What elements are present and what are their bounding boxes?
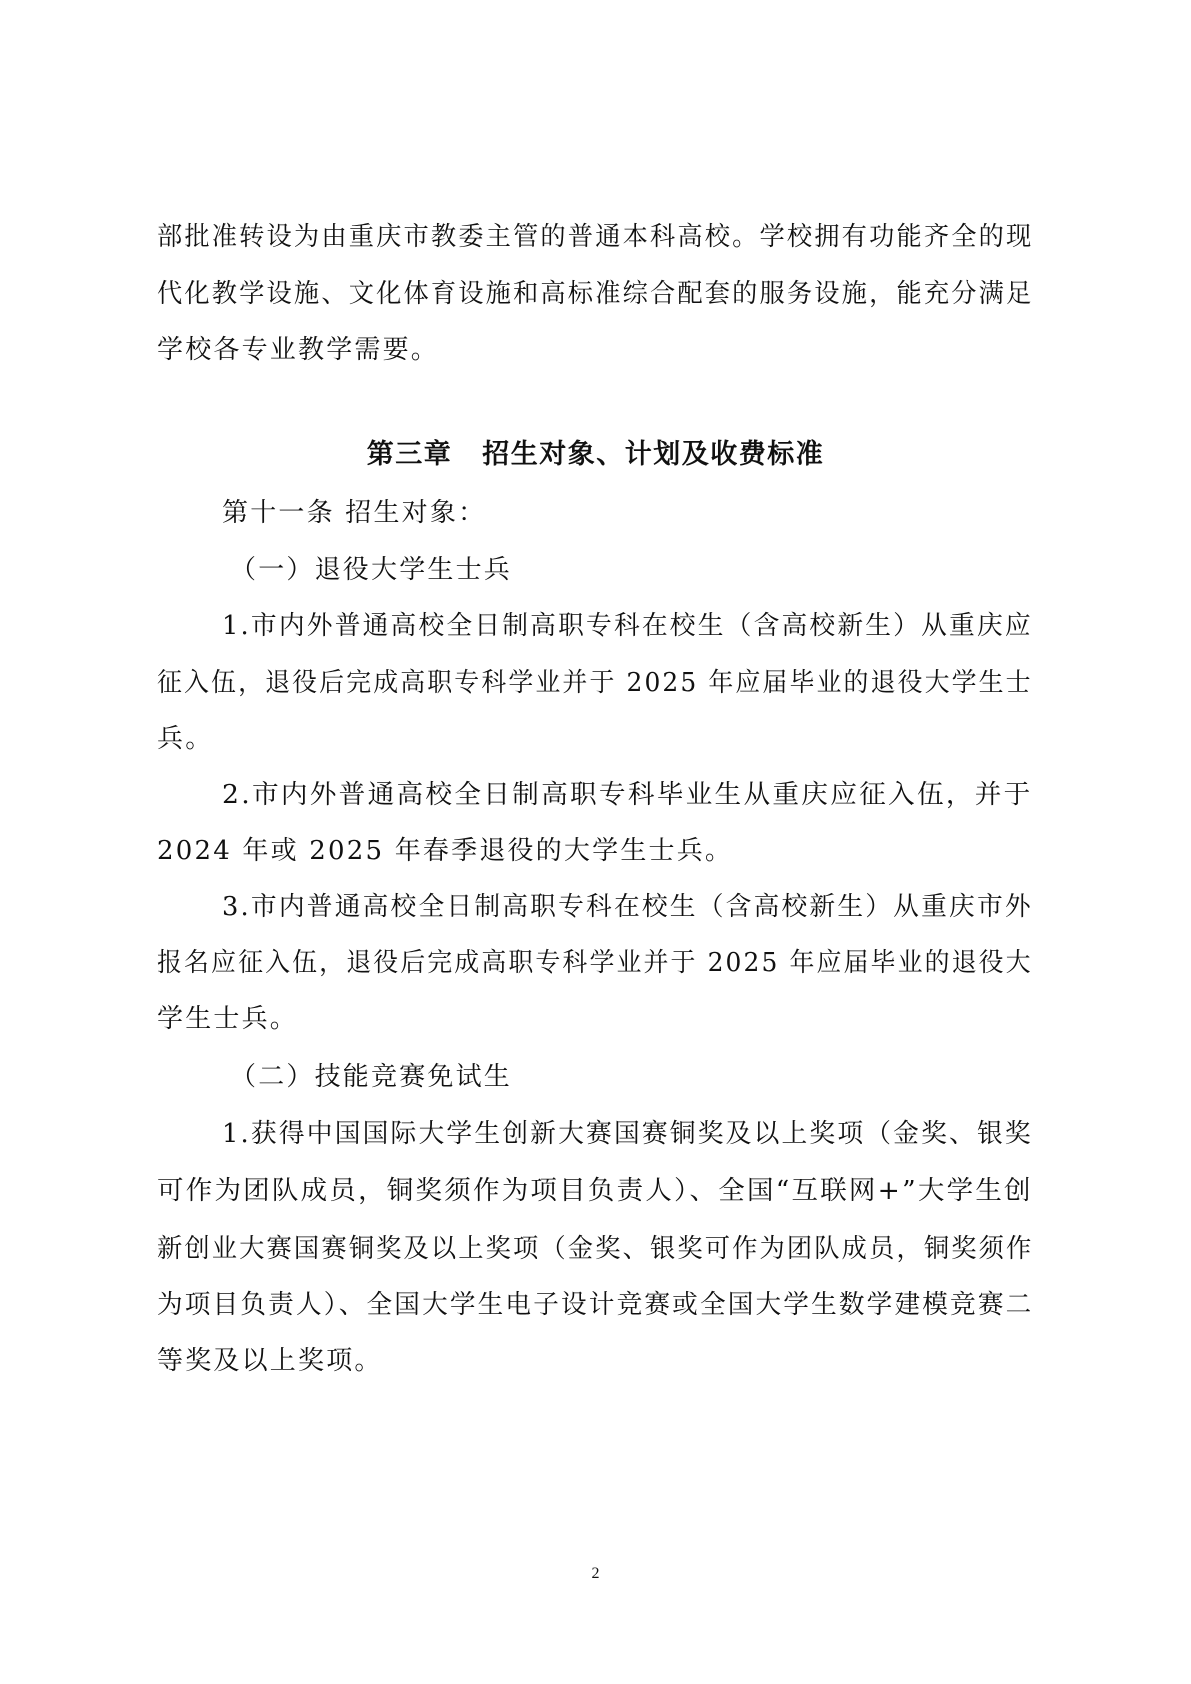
list-item-line: 2024 年或 2025 年春季退役的大学生士兵。	[157, 836, 733, 866]
list-item-line: 3.市内普通高校全日制高职专科在校生（含高校新生）从重庆市外	[222, 892, 1033, 922]
list-item-line: 可作为团队成员，铜奖须作为项目负责人）、全国“互联网+”大学生创	[157, 1176, 1033, 1206]
list-item-line: 1.获得中国国际大学生创新大赛国赛铜奖及以上奖项（金奖、银奖	[222, 1119, 1033, 1149]
document-page: 部批准转设为由重庆市教委主管的普通本科高校。学校拥有功能齐全的现 代化教学设施、…	[0, 0, 1191, 1684]
chapter-heading: 第三章招生对象、计划及收费标准	[0, 440, 1191, 470]
list-item-line: 征入伍，退役后完成高职专科学业并于 2025 年应届毕业的退役大学生士	[157, 668, 1033, 698]
section-title: （二）技能竞赛免试生	[230, 1062, 512, 1092]
list-item-line: 2.市内外普通高校全日制高职专科毕业生从重庆应征入伍，并于	[222, 780, 1033, 810]
list-item-line: 1.市内外普通高校全日制高职专科在校生（含高校新生）从重庆应	[222, 611, 1033, 641]
list-item-line: 新创业大赛国赛铜奖及以上奖项（金奖、银奖可作为团队成员，铜奖须作	[157, 1234, 1033, 1264]
list-item-line: 学生士兵。	[157, 1004, 298, 1034]
section-title: （一）退役大学生士兵	[230, 555, 512, 585]
paragraph-line: 代化教学设施、文化体育设施和高标准综合配套的服务设施，能充分满足	[157, 279, 1033, 309]
paragraph-line: 学校各专业教学需要。	[157, 335, 439, 365]
paragraph-line: 部批准转设为由重庆市教委主管的普通本科高校。学校拥有功能齐全的现	[157, 222, 1033, 252]
chapter-number: 第三章	[367, 439, 453, 470]
list-item-line: 兵。	[157, 724, 213, 754]
list-item-line: 为项目负责人）、全国大学生电子设计竞赛或全国大学生数学建模竞赛二	[157, 1290, 1033, 1320]
chapter-title: 招生对象、计划及收费标准	[482, 439, 824, 470]
list-item-line: 等奖及以上奖项。	[157, 1346, 383, 1376]
list-item-line: 报名应征入伍，退役后完成高职专科学业并于 2025 年应届毕业的退役大	[157, 948, 1033, 978]
article-title: 第十一条 招生对象：	[222, 498, 486, 528]
page-number: 2	[0, 1565, 1191, 1583]
